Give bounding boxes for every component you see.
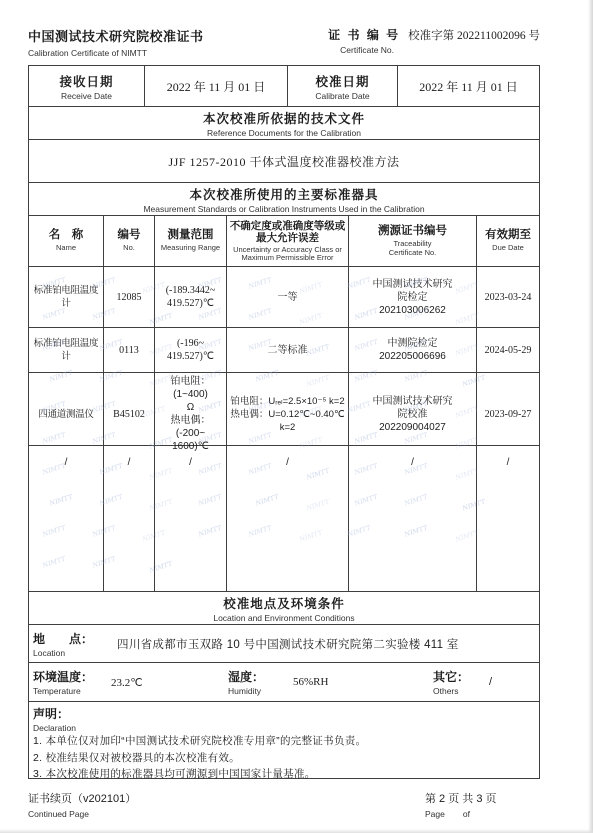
footer-left: 证书续页（v202101） Continued Page	[28, 790, 136, 819]
col-header-due: 有效期至 Due Date	[476, 216, 539, 266]
cell-name: 标准铂电阻温度计	[29, 267, 103, 327]
receive-date-label: 接收日期 Receive Date	[29, 66, 144, 106]
location-section-header: 校准地点及环境条件 Location and Environment Condi…	[29, 591, 539, 624]
cell-no: B45102	[103, 373, 154, 455]
scan-edge-right	[588, 0, 593, 833]
page-number-en: Pageof	[425, 809, 540, 819]
cell-due: 2023-03-24	[476, 267, 539, 327]
temperature-label: 环境温度： Temperature	[33, 668, 103, 696]
reference-section-header: 本次校准所依据的技术文件 Reference Documents for the…	[29, 106, 539, 139]
page-footer: 证书续页（v202101） Continued Page 第 2 页 共 3 页…	[28, 790, 540, 819]
document-body: 接收日期 Receive Date 2022 年 11 月 01 日 校准日期 …	[28, 65, 540, 779]
table-row: 标准铂电阻温度计 12085 (-189.3442~ 419.527)℃ 一等 …	[29, 266, 539, 327]
cell-uncertainty: 一等	[226, 267, 348, 327]
cell-traceability: /	[348, 446, 476, 591]
receive-date-value: 2022 年 11 月 01 日	[144, 66, 287, 106]
location-label: 地 点： Location	[33, 630, 93, 658]
footer-right: 第 2 页 共 3 页 Pageof	[425, 790, 540, 819]
title-en: Calibration Certificate of NIMTT	[28, 48, 204, 58]
others-value: /	[485, 676, 492, 688]
page-content: 中国测试技术研究院校准证书 Calibration Certificate of…	[28, 26, 540, 819]
cert-no-value: 校准字第 202211002096 号	[408, 27, 540, 43]
table-row: 标准铂电阻温度计 0113 (-196~ 419.527)℃ 二等标准 中测院检…	[29, 327, 539, 372]
cell-uncertainty: /	[226, 446, 348, 591]
table-row-empty: / / / / / /	[29, 445, 539, 591]
declaration-item-3: 3. 本次校准使用的标准器具均可溯源到中国国家计量基准。	[33, 766, 535, 783]
col-header-range: 测量范围 Measuring Range	[154, 216, 226, 266]
declaration-item-2: 2. 校准结果仅对被校器具的本次校准有效。	[33, 750, 535, 767]
environment-row: 环境温度： Temperature 23.2℃ 湿度： Humidity 56%…	[29, 662, 539, 701]
declaration-section: 声明： Declaration 1. 本单位仅对加印“中国测试技术研究院校准专用…	[29, 701, 539, 778]
location-value: 四川省成都市玉双路 10 号中国测试技术研究院第二实验楼 411 室	[117, 636, 459, 652]
cell-no: 12085	[103, 267, 154, 327]
cell-uncertainty: 二等标准	[226, 328, 348, 372]
declaration-label: 声明： Declaration	[33, 705, 535, 733]
certificate-title: 中国测试技术研究院校准证书 Calibration Certificate of…	[28, 26, 204, 58]
cell-range: /	[154, 446, 226, 591]
cell-no: 0113	[103, 328, 154, 372]
cell-name: /	[29, 446, 103, 591]
cell-traceability: 中国测试技术研究 院检定 202103006262	[348, 267, 476, 327]
col-header-name: 名 称 Name	[29, 216, 103, 266]
scan-edge-bottom	[0, 829, 593, 833]
cert-no-label-cn: 证 书 编 号	[328, 26, 400, 43]
certificate-page: 中国测试技术研究院校准证书 Calibration Certificate of…	[0, 0, 593, 833]
page-number-cn: 第 2 页 共 3 页	[425, 790, 540, 806]
humidity-label: 湿度： Humidity	[228, 668, 283, 696]
table-row: 四通道测温仪 B45102 铂电阻：(1~400) Ω 热电偶：(-200~ 1…	[29, 372, 539, 445]
standards-table-header: 名 称 Name 编号 No. 测量范围 Measuring Range 不确定…	[29, 215, 539, 266]
continued-page-cn: 证书续页（v202101）	[28, 790, 136, 806]
cell-due: 2023-09-27	[476, 373, 539, 455]
page-word: Page	[425, 809, 445, 819]
location-row: 地 点： Location 四川省成都市玉双路 10 号中国测试技术研究院第二实…	[29, 624, 539, 662]
cell-range: (-196~ 419.527)℃	[154, 328, 226, 372]
temperature-value: 23.2℃	[103, 676, 228, 689]
cell-name: 标准铂电阻温度计	[29, 328, 103, 372]
calibrate-date-value: 2022 年 11 月 01 日	[397, 66, 539, 106]
col-header-uncertainty: 不确定度或准确度等级或 最大允许误差 Uncertainty or Accura…	[226, 216, 348, 266]
others-label: 其它： Others	[433, 668, 485, 696]
standards-section-header: 本次校准所使用的主要标准器具 Measurement Standards or …	[29, 182, 539, 215]
declaration-item-1: 1. 本单位仅对加印“中国测试技术研究院校准专用章”的完整证书负责。	[33, 733, 535, 750]
humidity-value: 56%RH	[283, 676, 433, 688]
certificate-number-block: 证 书 编 号 校准字第 202211002096 号 Certificate …	[328, 26, 540, 55]
cell-no: /	[103, 446, 154, 591]
calibrate-date-label: 校准日期 Calibrate Date	[287, 66, 397, 106]
cell-due: /	[476, 446, 539, 591]
title-cn: 中国测试技术研究院校准证书	[28, 26, 204, 45]
reference-document: JJF 1257-2010 干体式温度校准器校准方法	[29, 139, 539, 182]
col-header-traceability: 溯源证书编号 Traceability Certificate No.	[348, 216, 476, 266]
cell-due: 2024-05-29	[476, 328, 539, 372]
cell-traceability: 中测院检定 202205006696	[348, 328, 476, 372]
col-header-no: 编号 No.	[103, 216, 154, 266]
cell-range: 铂电阻：(1~400) Ω 热电偶：(-200~ 1600)℃	[154, 373, 226, 455]
cell-range: (-189.3442~ 419.527)℃	[154, 267, 226, 327]
cell-uncertainty: 铂电阻：Uᵣₑₗ=2.5×10⁻⁵ k=2 热电偶：U=0.12℃~0.40℃ …	[226, 373, 348, 455]
page-header: 中国测试技术研究院校准证书 Calibration Certificate of…	[28, 26, 540, 58]
cell-name: 四通道测温仪	[29, 373, 103, 455]
continued-page-en: Continued Page	[28, 809, 136, 819]
dates-table: 接收日期 Receive Date 2022 年 11 月 01 日 校准日期 …	[29, 66, 539, 106]
of-word: of	[463, 809, 470, 819]
cell-traceability: 中国测试技术研究 院校准 202209004027	[348, 373, 476, 455]
cert-no-label-en: Certificate No.	[340, 45, 540, 55]
